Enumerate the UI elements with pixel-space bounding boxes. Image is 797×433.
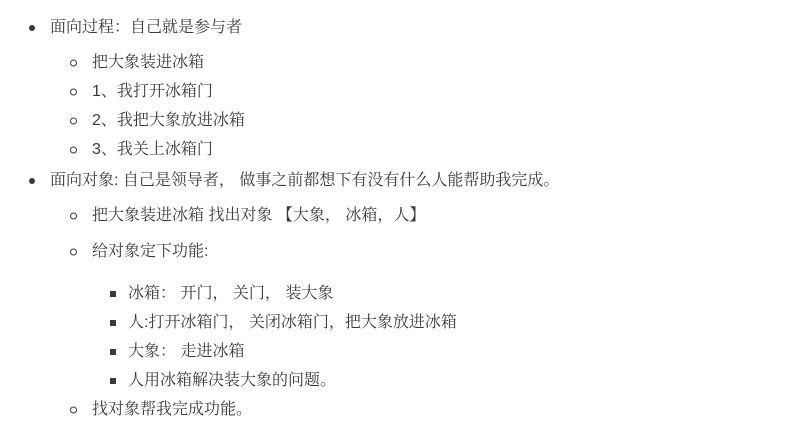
list-item: 把大象装进冰箱 — [0, 48, 797, 77]
list-item: 人用冰箱解决装大象的问题。 — [0, 366, 797, 395]
square-bullet-icon — [110, 291, 116, 297]
list-item-text: 冰箱： 开门， 关门， 装大象 — [128, 285, 333, 302]
list-item-text: 找对象帮我完成功能。 — [92, 401, 252, 418]
list-item: 3、我关上冰箱门 — [0, 135, 797, 164]
list-item: 把大象装进冰箱 找出对象 【大象， 冰箱，人】 — [0, 201, 797, 230]
list-item-text: 面向对象: 自己是领导者， 做事之前都想下有没有什么人能帮助我完成。 — [50, 172, 559, 189]
circle-bullet-icon — [70, 406, 77, 413]
list-item-text: 给对象定下功能: — [92, 243, 208, 260]
circle-bullet-icon — [70, 88, 77, 95]
circle-bullet-icon — [70, 146, 77, 153]
list-item-text: 3、我关上冰箱门 — [92, 141, 213, 158]
circle-bullet-icon — [70, 59, 77, 66]
list-item-text: 1、我打开冰箱门 — [92, 83, 213, 100]
list-item-text: 把大象装进冰箱 找出对象 【大象， 冰箱，人】 — [92, 207, 425, 224]
circle-bullet-icon — [70, 248, 77, 255]
square-bullet-icon — [110, 378, 116, 384]
square-bullet-icon — [110, 320, 116, 326]
list-item: 冰箱： 开门， 关门， 装大象 — [0, 279, 797, 308]
list-item: 人:打开冰箱门， 关闭冰箱门，把大象放进冰箱 — [0, 308, 797, 337]
list-item-text: 大象： 走进冰箱 — [128, 343, 244, 360]
list-item-text: 2、我把大象放进冰箱 — [92, 112, 245, 129]
square-bullet-icon — [110, 349, 116, 355]
list-item-text: 面向过程：自己就是参与者 — [50, 19, 242, 36]
list-item-text: 把大象装进冰箱 — [92, 54, 204, 71]
list-item: 2、我把大象放进冰箱 — [0, 106, 797, 135]
list-item-text: 人:打开冰箱门， 关闭冰箱门，把大象放进冰箱 — [128, 314, 457, 331]
list-item: 找对象帮我完成功能。 — [0, 395, 797, 424]
circle-bullet-icon — [70, 212, 77, 219]
list-item: 面向对象: 自己是领导者， 做事之前都想下有没有什么人能帮助我完成。 — [0, 166, 797, 195]
bullet-list: 面向过程：自己就是参与者 把大象装进冰箱 1、我打开冰箱门 2、我把大象放进冰箱… — [0, 0, 797, 424]
list-item: 大象： 走进冰箱 — [0, 337, 797, 366]
disc-bullet-icon — [29, 25, 35, 31]
list-item-text: 人用冰箱解决装大象的问题。 — [128, 372, 336, 389]
list-item: 1、我打开冰箱门 — [0, 77, 797, 106]
disc-bullet-icon — [29, 178, 35, 184]
list-item: 给对象定下功能: — [0, 237, 797, 266]
list-item: 面向过程：自己就是参与者 — [0, 13, 797, 42]
document-page: 面向过程：自己就是参与者 把大象装进冰箱 1、我打开冰箱门 2、我把大象放进冰箱… — [0, 0, 797, 433]
circle-bullet-icon — [70, 117, 77, 124]
